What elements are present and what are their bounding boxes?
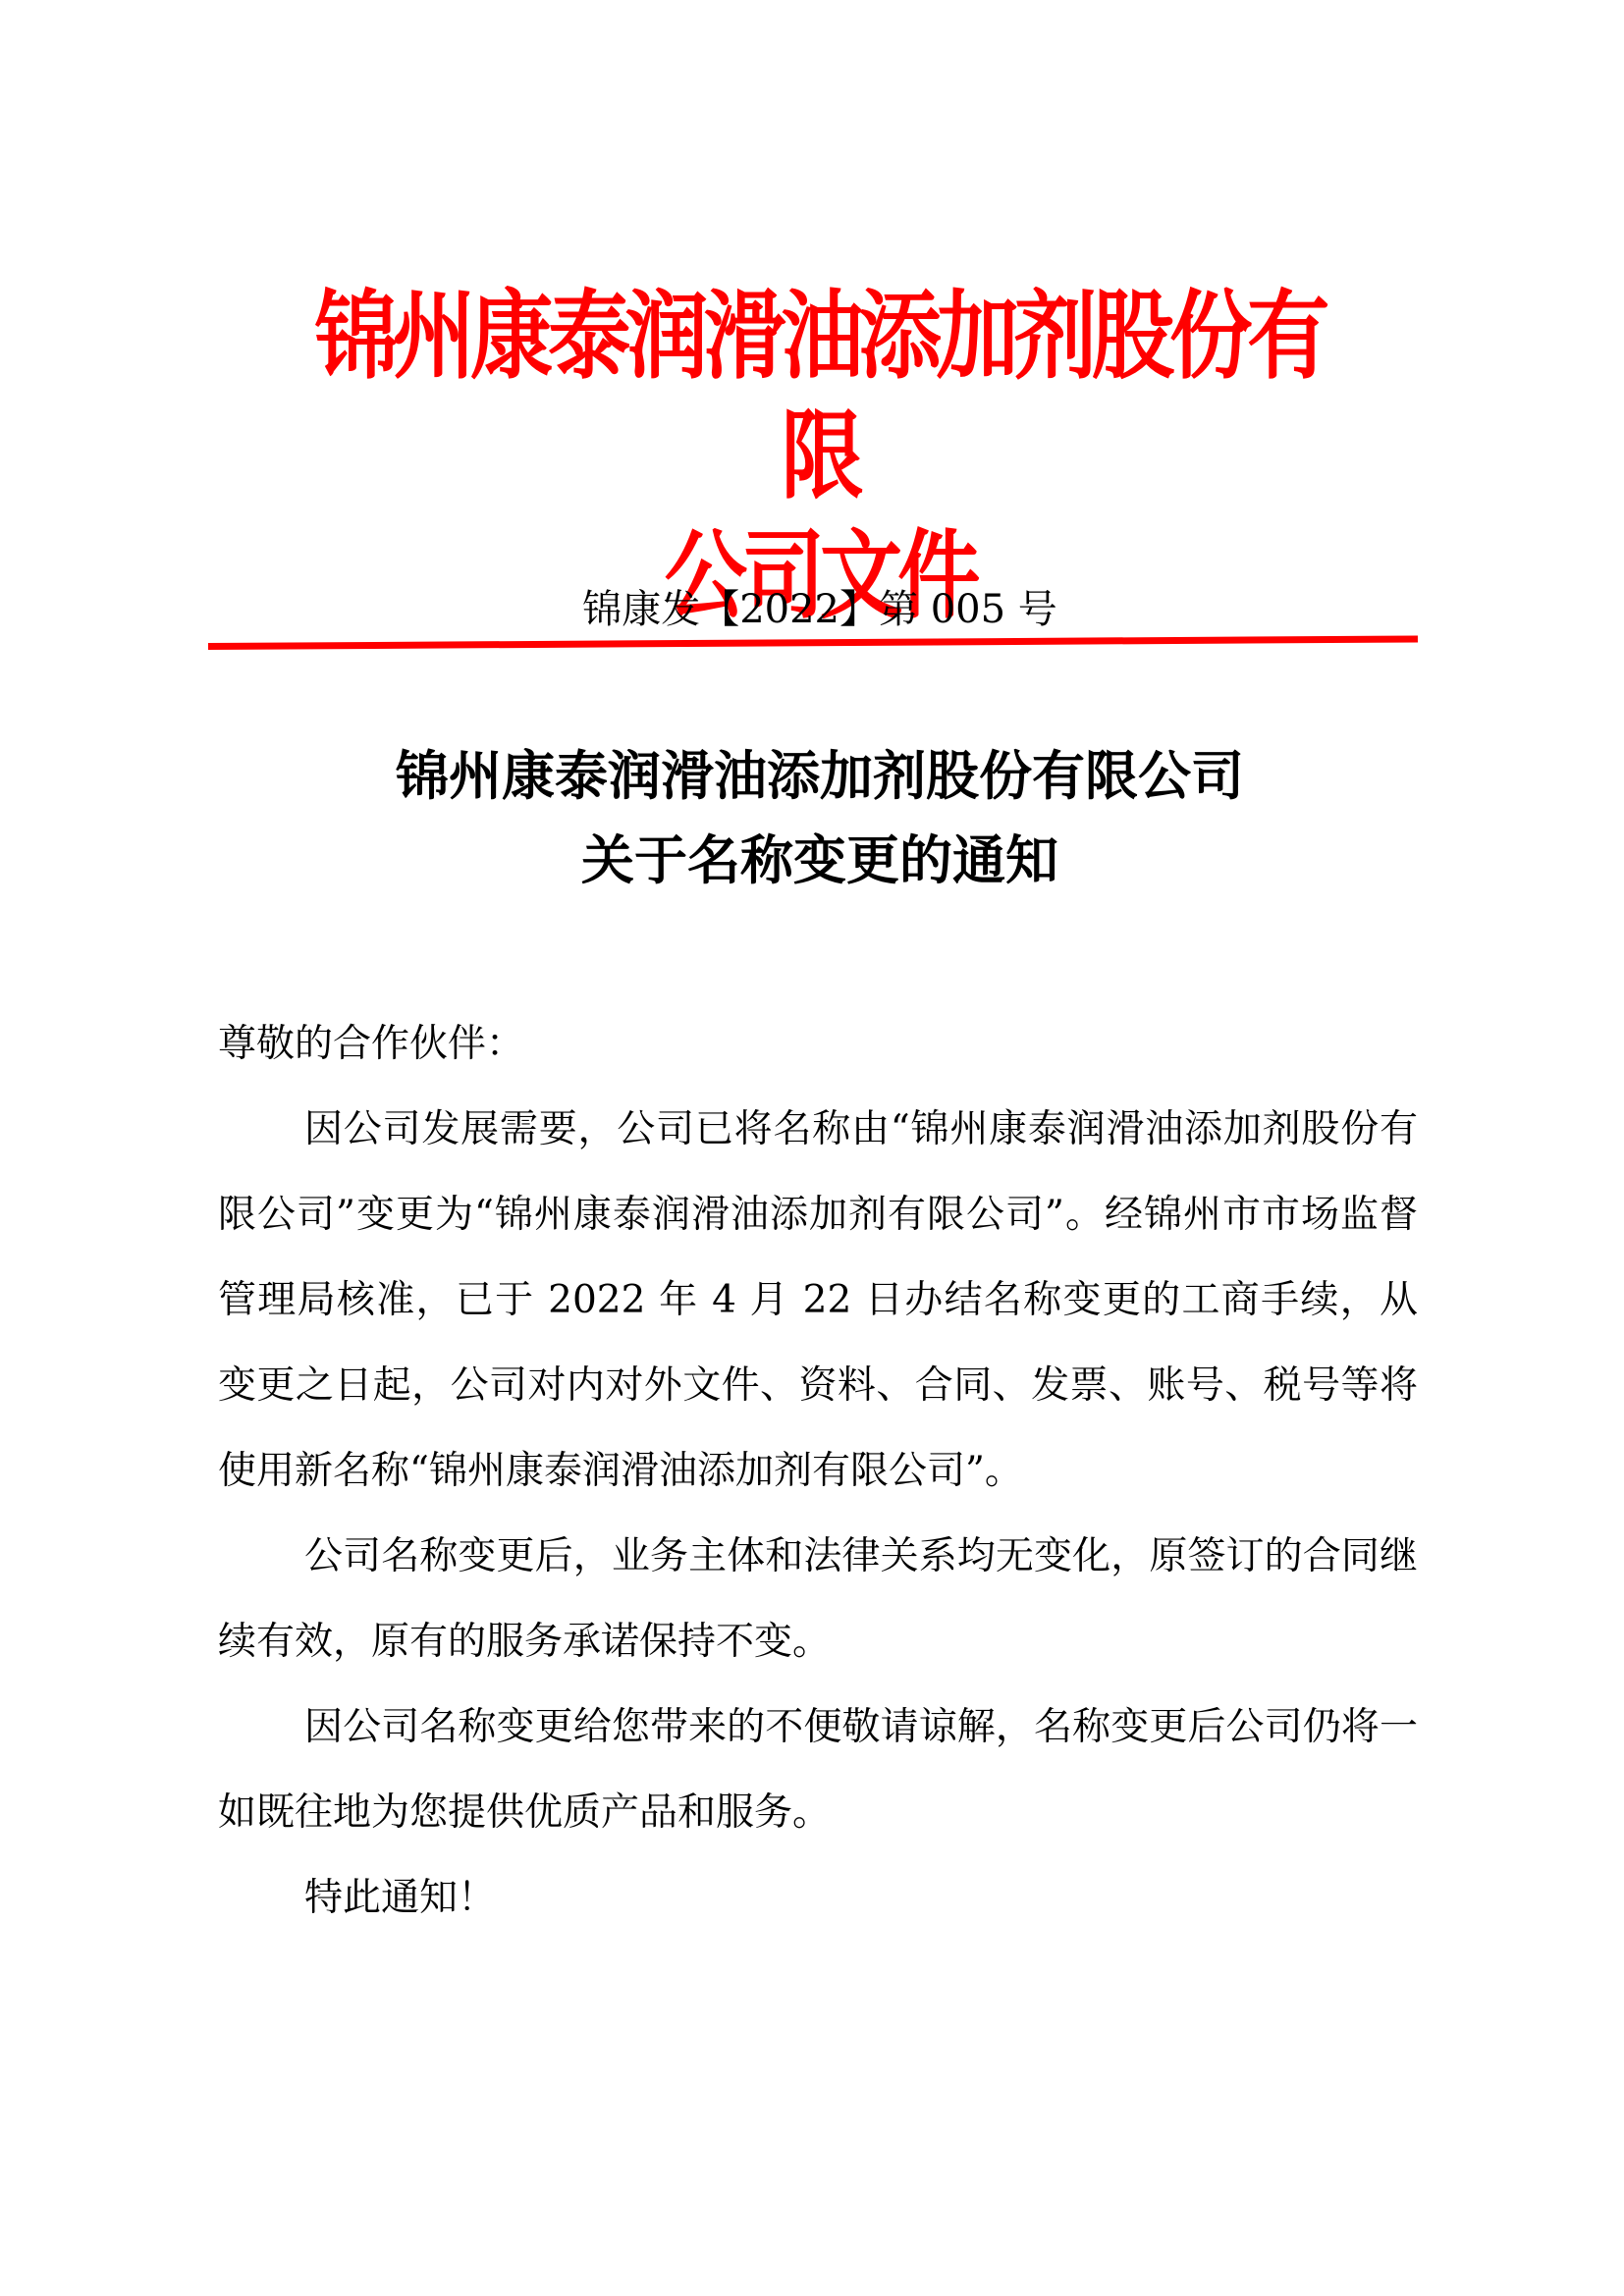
header-title-line-1: 锦州康泰润滑油添加剂股份有限 <box>300 277 1339 516</box>
document-number: 锦康发【2022】第 005 号 <box>216 585 1424 634</box>
closing-remark: 特此通知！ <box>218 1855 1418 1941</box>
red-divider-line <box>208 635 1418 650</box>
red-header-title: 锦州康泰润滑油添加剂股份有限 公司文件 <box>300 277 1339 636</box>
paragraph-name-change: 因公司发展需要，公司已将名称由“锦州康泰润滑油添加剂股份有限公司”变更为“锦州康… <box>218 1087 1418 1514</box>
notice-body: 尊敬的合作伙伴： 因公司发展需要，公司已将名称由“锦州康泰润滑油添加剂股份有限公… <box>218 1001 1418 1941</box>
notice-title-line-1: 锦州康泰润滑油添加剂股份有限公司 <box>216 734 1424 819</box>
notice-title-line-2: 关于名称变更的通知 <box>216 819 1424 903</box>
document-page: 锦州康泰润滑油添加剂股份有限 公司文件 锦康发【2022】第 005 号 锦州康… <box>0 0 1624 2296</box>
salutation: 尊敬的合作伙伴： <box>218 1001 1418 1087</box>
notice-title: 锦州康泰润滑油添加剂股份有限公司 关于名称变更的通知 <box>216 734 1424 903</box>
paragraph-apology: 因公司名称变更给您带来的不便敬请谅解，名称变更后公司仍将一如既往地为您提供优质产… <box>218 1684 1418 1855</box>
paragraph-legal-continuity: 公司名称变更后，业务主体和法律关系均无变化，原签订的合同继续有效，原有的服务承诺… <box>218 1514 1418 1684</box>
